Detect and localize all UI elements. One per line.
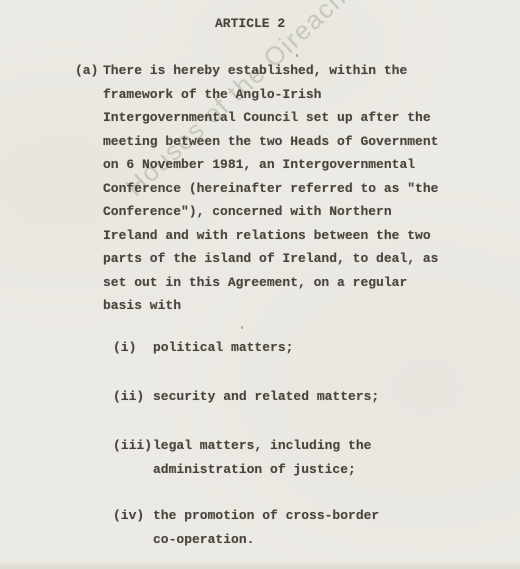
scanned-document-page: Houses of the Oireachtas ARTICLE 2 (a) T… (0, 0, 520, 569)
subitem-i-label: (i) (113, 336, 153, 360)
subitem-i: (i)political matters; (113, 336, 293, 360)
page-bottom-scan-edge (0, 562, 520, 569)
text-line: parts of the island of Ireland, to deal,… (103, 247, 438, 271)
text-line: meeting between the two Heads of Governm… (103, 130, 438, 154)
subitem-ii-label: (ii) (113, 385, 153, 409)
text-line: framework of the Anglo-Irish (103, 83, 438, 107)
text-line: basis with (103, 294, 438, 318)
document-content: ARTICLE 2 (a) There is hereby establishe… (0, 0, 520, 569)
subitem-i-text: political matters; (153, 340, 293, 355)
subitem-row: (iii)legal matters, including the (113, 434, 371, 458)
subitem-row: (iv)the promotion of cross-border (113, 504, 379, 528)
subitem-row: (i)political matters; (113, 336, 293, 360)
text-line: on 6 November 1981, an Intergovernmental (103, 153, 438, 177)
subitem-iv-text: the promotion of cross-border (153, 508, 379, 523)
subitem-iii: (iii)legal matters, including the admini… (113, 434, 371, 481)
article-heading: ARTICLE 2 (215, 12, 285, 36)
subitem-iii-text: legal matters, including the (153, 438, 371, 453)
text-line: There is hereby established, within the (103, 59, 438, 83)
subitem-ii: (ii)security and related matters; (113, 385, 379, 409)
subitem-iii-text-line2: administration of justice; (153, 458, 371, 482)
subitem-iv-label: (iv) (113, 504, 153, 528)
subitem-iv: (iv)the promotion of cross-border co-ope… (113, 504, 379, 551)
subitem-ii-text: security and related matters; (153, 389, 379, 404)
scan-speck (241, 326, 243, 329)
subitem-iv-text-line2: co-operation. (153, 528, 379, 552)
text-line: Intergovernmental Council set up after t… (103, 106, 438, 130)
clause-a-label: (a) (75, 59, 98, 83)
clause-a-paragraph: There is hereby established, within the … (103, 59, 438, 318)
text-line: Ireland and with relations between the t… (103, 224, 438, 248)
text-line: Conference"), concerned with Northern (103, 200, 438, 224)
scan-speck (296, 54, 298, 57)
subitem-iii-label: (iii) (113, 434, 153, 458)
text-line: set out in this Agreement, on a regular (103, 271, 438, 295)
subitem-row: (ii)security and related matters; (113, 385, 379, 409)
text-line: Conference (hereinafter referred to as "… (103, 177, 438, 201)
